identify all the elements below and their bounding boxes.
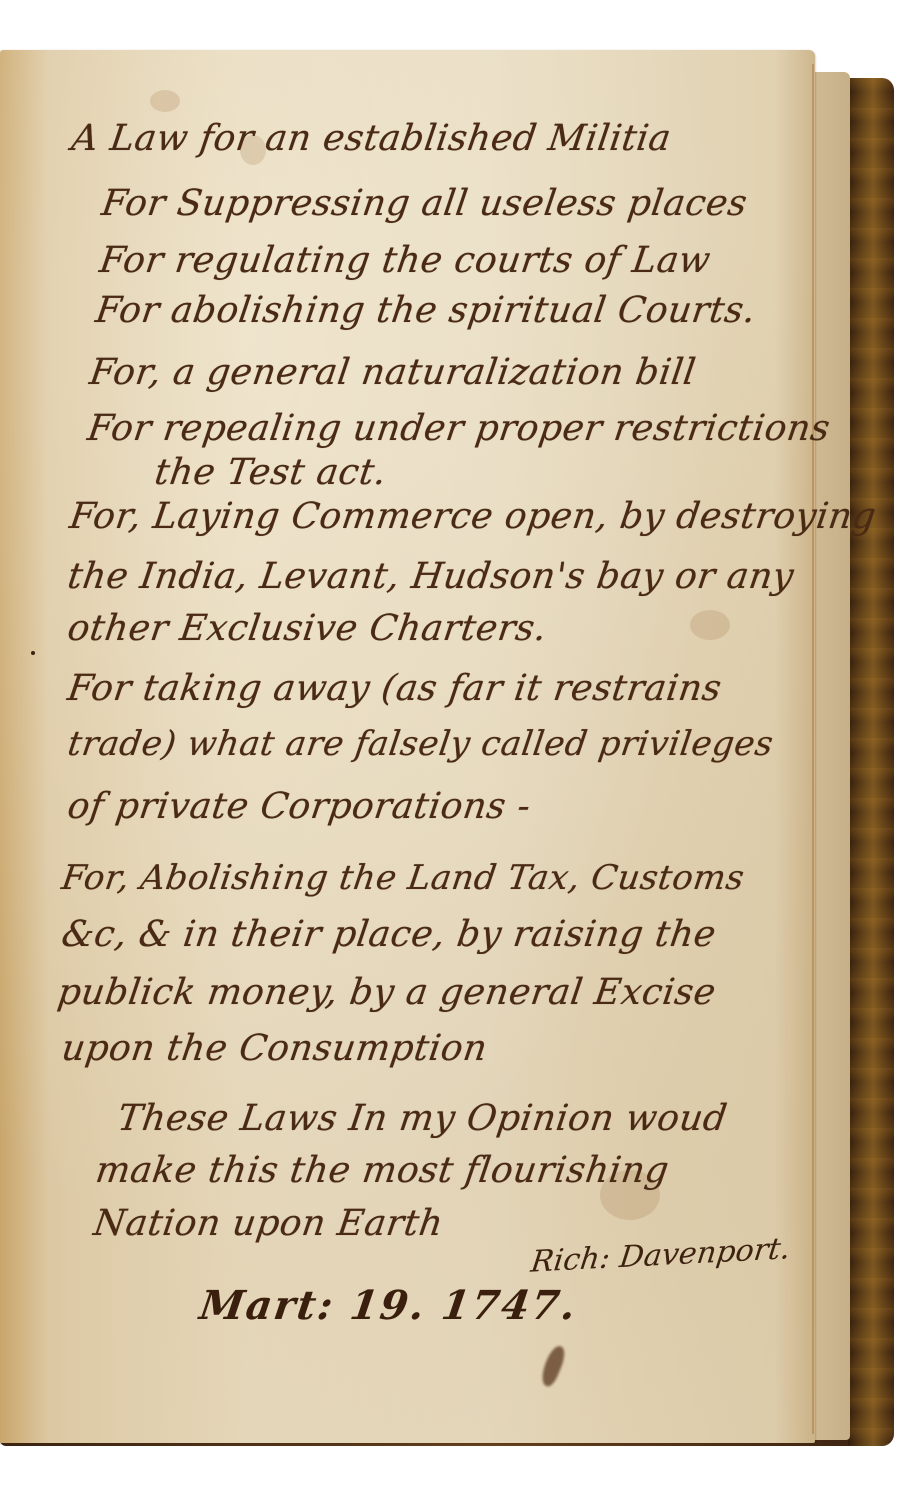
manuscript-line: A Law for an established Militia (69, 118, 674, 159)
manuscript-line: For regulating the courts of Law (97, 240, 713, 281)
ink-blot (538, 1344, 569, 1389)
manuscript-line: For Suppressing all useless places (99, 183, 750, 224)
manuscript-line: the Test act. (152, 452, 389, 493)
manuscript-text: A Law for an established Militia For Sup… (0, 0, 921, 1500)
manuscript-line: For, Laying Commerce open, by destroying (67, 496, 879, 537)
manuscript-line: upon the Consumption (59, 1028, 490, 1069)
manuscript-line: These Laws In my Opinion woud (115, 1098, 730, 1139)
manuscript-line: For taking away (as far it restrains (65, 668, 724, 709)
manuscript-line: trade) what are falsely called privilege… (65, 724, 776, 764)
manuscript-line: other Exclusive Charters. (65, 608, 549, 649)
manuscript-line: For, Abolishing the Land Tax, Customs (59, 858, 747, 898)
manuscript-line: publick money, by a general Excise (55, 972, 718, 1013)
manuscript-line: of private Corporations - (65, 786, 533, 827)
manuscript-line: For abolishing the spiritual Courts. (93, 290, 758, 331)
manuscript-line: Nation upon Earth (91, 1203, 446, 1244)
date: Mart: 19. 1747. (197, 1282, 581, 1329)
signature: Rich: Davenport. (529, 1231, 792, 1279)
manuscript-line: For repealing under proper restrictions (85, 408, 833, 449)
manuscript-line: &c, & in their place, by raising the (59, 914, 719, 955)
ink-speck (31, 651, 35, 655)
manuscript-line: make this the most flourishing (93, 1150, 671, 1191)
manuscript-line: For, a general naturalization bill (87, 352, 698, 393)
manuscript-line: the India, Levant, Hudson's bay or any (65, 556, 796, 597)
